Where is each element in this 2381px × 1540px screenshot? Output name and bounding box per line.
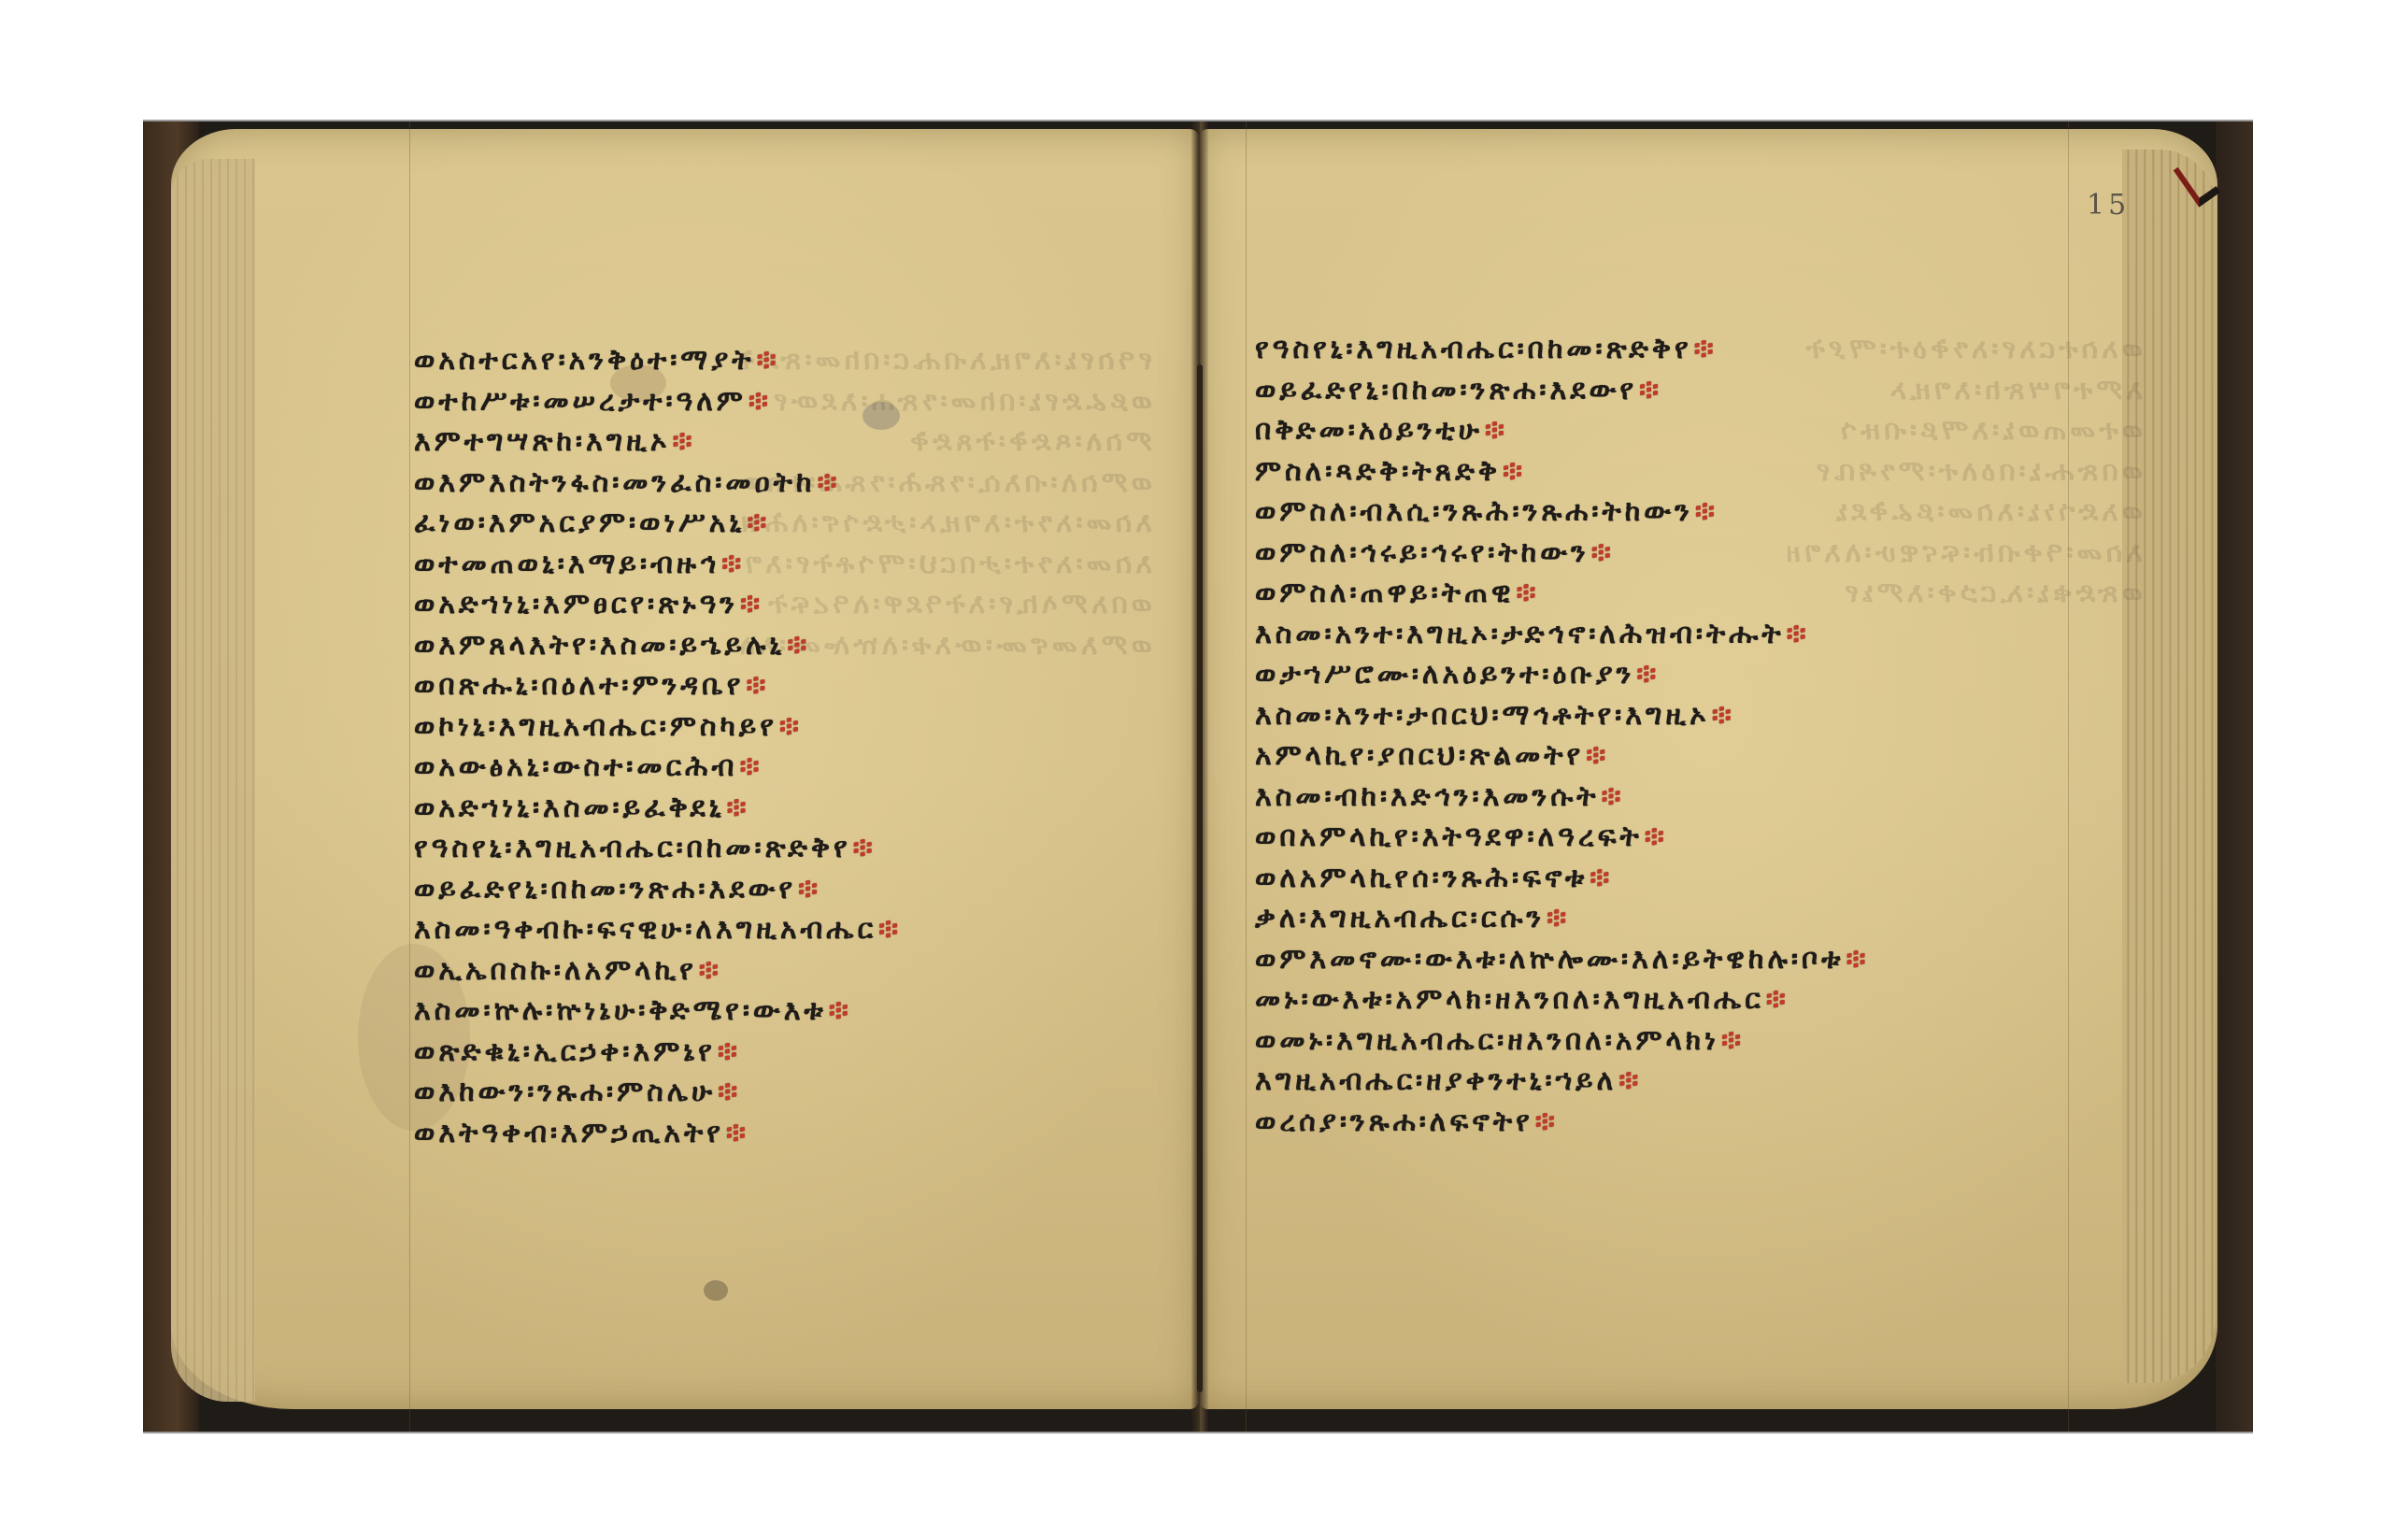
manuscript-line: ወይፈድየኒ፡በከመ፡ንጽሐ፡እደውየ፨ — [1255, 370, 1866, 411]
line-text: ወታኀሥሮሙ፡ለአዕይንተ፡ዕቡያን — [1255, 658, 1634, 691]
manuscript-line: እስመ፡ዓቀብኩ፡ፍናዊሁ፡ለእግዚአብሔር፨ — [414, 909, 898, 950]
rubric-line-end-mark-icon: ፨ — [1645, 820, 1664, 853]
manuscript-line: ወአስተርአየ፡አንቅዕተ፡ማያት፨ — [414, 340, 898, 381]
line-text: ወአውፅአኒ፡ውስተ፡መርሕብ — [414, 750, 737, 783]
line-text: እስመ፡ብከ፡እድኅን፡እመንሱት — [1255, 780, 1600, 813]
manuscript-line: ወመኑ፡እግዚአብሔር፡ዘእንበለ፡አምላክነ፨ — [1255, 1020, 1866, 1062]
manuscript-line: ወእምጸላእትየ፡እስመ፡ይኄይሉኒ፨ — [414, 625, 898, 666]
manuscript-line: ወአድኀነኒ፡እስመ፡ይፈቅደኒ፨ — [414, 788, 898, 829]
rubric-line-end-mark-icon: ፨ — [779, 710, 799, 743]
manuscript-line: ወበጽሑኒ፡በዕለተ፡ምንዳቤየ፨ — [414, 665, 898, 706]
line-text: የዓስየኒ፡እግዚአብሔር፡በከመ፡ጽድቅየ — [1255, 333, 1692, 365]
manuscript-line: ወኮነኒ፡እግዚአብሔር፡ምስካይየ፨ — [414, 706, 898, 748]
line-text: ወበአምላኪየ፡እትዓደዋ፡ለዓረፍት — [1255, 820, 1643, 853]
line-text: እስመ፡አንተ፡እግዚኦ፡ታድኅኖ፡ለሕዝብ፡ትሑት — [1255, 618, 1785, 650]
line-text: ወተከሥቱ፡መሠረታተ፡ዓለም — [414, 385, 747, 418]
left-page-edges — [171, 159, 255, 1402]
rubric-line-end-mark-icon: ፨ — [1547, 902, 1566, 934]
rubric-line-end-mark-icon: ፨ — [798, 873, 818, 905]
rubric-line-end-mark-icon: ፨ — [1535, 1105, 1555, 1138]
line-text: የዓስየኒ፡እግዚአብሔር፡በከመ፡ጽድቅየ — [414, 832, 851, 864]
rubric-line-end-mark-icon: ፨ — [1586, 739, 1605, 772]
manuscript-line: ወተመጠወኒ፡እማይ፡ብዙኅ፨ — [414, 544, 898, 585]
rubric-line-end-mark-icon: ፨ — [1639, 374, 1659, 406]
rubric-line-end-mark-icon: ፨ — [1618, 1064, 1638, 1097]
line-text: ወአስተርአየ፡አንቅዕተ፡ማያት — [414, 344, 755, 377]
rubric-line-end-mark-icon: ፨ — [1517, 577, 1536, 609]
rubric-line-end-mark-icon: ፨ — [727, 791, 747, 824]
manuscript-line: ወእምእስትንፋስ፡መንፈስ፡መዐትከ፨ — [414, 463, 898, 504]
manuscript-line: እስመ፡አንተ፡ታበርህ፡ማኅቶትየ፡እግዚኦ፨ — [1255, 695, 1866, 736]
line-text: ወበጽሑኒ፡በዕለተ፡ምንዳቤየ — [414, 669, 744, 702]
left-page-text: ወአስተርአየ፡አንቅዕተ፡ማያት፨ወተከሥቱ፡መሠረታተ፡ዓለም፨እምተግሣጽ… — [414, 340, 898, 1153]
line-text: ወአድኀነኒ፡እስመ፡ይፈቅደኒ — [414, 791, 725, 824]
line-text: ወአድኀነኒ፡እምፀርየ፡ጽኑዓን — [414, 588, 738, 620]
rubric-line-end-mark-icon: ፨ — [853, 832, 873, 864]
line-text: ወለአምላኪየሰ፡ንጹሕ፡ፍኖቱ — [1255, 862, 1588, 894]
line-text: ወእትዓቀብ፡እምኃጢአትየ — [414, 1117, 724, 1149]
manuscript-line: በቅድመ፡አዕይንቲሁ፨ — [1255, 410, 1866, 451]
line-text: መኑ፡ውእቱ፡አምላክ፡ዘእንበለ፡እግዚአብሔር — [1255, 983, 1764, 1016]
manuscript-line: ምስለ፡ጻድቅ፡ትጸድቅ፨ — [1255, 451, 1866, 492]
line-text: እምተግሣጽከ፡እግዚኦ — [414, 425, 671, 458]
line-text: ወእከውን፡ንጹሐ፡ምስሌሁ — [414, 1076, 716, 1108]
rubric-line-end-mark-icon: ፨ — [757, 344, 777, 377]
rubric-line-end-mark-icon: ፨ — [787, 629, 806, 662]
rubric-line-end-mark-icon: ፨ — [829, 994, 848, 1027]
manuscript-line: ወምስለ፡ጠዋይ፡ትጠዊ፨ — [1255, 573, 1866, 614]
rubric-line-end-mark-icon: ፨ — [1485, 414, 1504, 447]
line-text: ወእምእስትንፋስ፡መንፈስ፡መዐትከ — [414, 466, 816, 499]
manuscript-line: ወታኀሥሮሙ፡ለአዕይንተ፡ዕቡያን፨ — [1255, 654, 1866, 695]
line-text: ወይፈድየኒ፡በከመ፡ንጽሐ፡እደውየ — [1255, 374, 1637, 406]
rubric-line-end-mark-icon: ፨ — [740, 588, 760, 620]
manuscript-line: ወአድኀነኒ፡እምፀርየ፡ጽኑዓን፨ — [414, 584, 898, 625]
line-text: ምስለ፡ጻድቅ፡ትጸድቅ — [1255, 455, 1501, 488]
line-text: አምላኪየ፡ያበርህ፡ጽልመትየ — [1255, 739, 1584, 772]
manuscript-line: ወበአምላኪየ፡እትዓደዋ፡ለዓረፍት፨ — [1255, 817, 1866, 858]
manuscript-line: እግዚአብሔር፡ዘያቀንተኒ፡ኀይለ፨ — [1255, 1061, 1866, 1102]
line-text: ወጽድቁኒ፡ኢርኃቀ፡እምኔየ — [414, 1035, 716, 1068]
rubric-line-end-mark-icon: ፨ — [1787, 618, 1806, 650]
ruling-line-left — [409, 121, 410, 1432]
manuscript-line: ወምእመኖሙ፡ውእቱ፡ለኵሎሙ፡እለ፡ይትዌከሉ፡ቦቱ፨ — [1255, 939, 1866, 980]
rubric-line-end-mark-icon: ፨ — [746, 669, 765, 702]
manuscript-line: ወእከውን፡ንጹሐ፡ምስሌሁ፨ — [414, 1072, 898, 1113]
rubric-line-end-mark-icon: ፨ — [1591, 536, 1611, 569]
folio-number: 15 — [2087, 189, 2130, 221]
line-text: ወመኑ፡እግዚአብሔር፡ዘእንበለ፡አምላክነ — [1255, 1024, 1719, 1057]
rubric-line-end-mark-icon: ፨ — [1636, 658, 1656, 691]
rubric-line-end-mark-icon: ፨ — [1503, 455, 1522, 488]
manuscript-line: ወረሰያ፡ንጹሐ፡ለፍኖትየ፨ — [1255, 1102, 1866, 1143]
rubric-line-end-mark-icon: ፨ — [673, 425, 692, 458]
line-text: በቅድመ፡አዕይንቲሁ — [1255, 414, 1483, 447]
rubric-line-end-mark-icon: ፨ — [747, 506, 766, 539]
rubric-line-end-mark-icon: ፨ — [749, 385, 768, 418]
manuscript-line: ቃለ፡እግዚአብሔር፡ርሱን፨ — [1255, 898, 1866, 939]
rubric-line-end-mark-icon: ፨ — [739, 750, 759, 783]
rubric-line-end-mark-icon: ፨ — [818, 466, 837, 499]
ruling-line-right — [1246, 121, 1247, 1432]
line-text: ወምስለ፡ጠዋይ፡ትጠዊ — [1255, 577, 1515, 609]
manuscript-line: እስመ፡አንተ፡እግዚኦ፡ታድኅኖ፡ለሕዝብ፡ትሑት፨ — [1255, 614, 1866, 655]
manuscript-line: ወምስለ፡ኅሩይ፡ኅሩየ፡ትከውን፨ — [1255, 533, 1866, 574]
rubric-line-end-mark-icon: ፨ — [718, 1035, 737, 1068]
line-text: እስመ፡አንተ፡ታበርህ፡ማኅቶትየ፡እግዚኦ — [1255, 699, 1710, 732]
line-text: እግዚአብሔር፡ዘያቀንተኒ፡ኀይለ — [1255, 1064, 1617, 1097]
line-text: ወይፈድየኒ፡በከመ፡ንጽሐ፡እደውየ — [414, 873, 796, 905]
line-text: ወምስለ፡ብእሲ፡ንጹሕ፡ንጹሐ፡ትከውን — [1255, 495, 1693, 528]
line-text: ወኢኤበስኩ፡ለአምላኪየ — [414, 954, 697, 987]
manuscript-line: እስመ፡ኵሉ፡ኵነኔሁ፡ቅድሜየ፡ውእቱ፨ — [414, 991, 898, 1032]
rubric-line-end-mark-icon: ፨ — [1602, 780, 1621, 813]
manuscript-line: ወጽድቁኒ፡ኢርኃቀ፡እምኔየ፨ — [414, 1032, 898, 1073]
line-text: ወምስለ፡ኅሩይ፡ኅሩየ፡ትከውን — [1255, 536, 1590, 569]
rubric-line-end-mark-icon: ፨ — [1766, 983, 1786, 1016]
rubric-line-end-mark-icon: ፨ — [878, 913, 898, 946]
rubric-line-end-mark-icon: ፨ — [699, 954, 719, 987]
leather-cover-right — [2216, 121, 2253, 1432]
manuscript-line: የዓስየኒ፡እግዚአብሔር፡በከመ፡ጽድቅየ፨ — [414, 828, 898, 869]
manuscript-line: ወይፈድየኒ፡በከመ፡ንጽሐ፡እደውየ፨ — [414, 869, 898, 910]
rubric-line-end-mark-icon: ፨ — [726, 1117, 746, 1149]
binding-stitch — [1197, 364, 1203, 1392]
rubric-line-end-mark-icon: ፨ — [1694, 333, 1714, 365]
rubric-line-end-mark-icon: ፨ — [718, 1076, 737, 1108]
rubric-line-end-mark-icon: ፨ — [1695, 495, 1715, 528]
rubric-line-end-mark-icon: ፨ — [1590, 862, 1609, 894]
line-text: ወእምጸላእትየ፡እስመ፡ይኄይሉኒ — [414, 629, 785, 662]
line-text: ወምእመኖሙ፡ውእቱ፡ለኵሎሙ፡እለ፡ይትዌከሉ፡ቦቱ — [1255, 943, 1844, 976]
rubric-line-end-mark-icon: ፨ — [721, 548, 741, 580]
line-text: ቃለ፡እግዚአብሔር፡ርሱን — [1255, 902, 1545, 934]
manuscript-line: ወተከሥቱ፡መሠረታተ፡ዓለም፨ — [414, 381, 898, 422]
manuscript-line: ወለአምላኪየሰ፡ንጹሕ፡ፍኖቱ፨ — [1255, 858, 1866, 899]
stain — [704, 1280, 728, 1301]
manuscript-line: አምላኪየ፡ያበርህ፡ጽልመትየ፨ — [1255, 735, 1866, 777]
line-text: እስመ፡ዓቀብኩ፡ፍናዊሁ፡ለእግዚአብሔር — [414, 913, 877, 946]
manuscript-line: ወኢኤበስኩ፡ለአምላኪየ፨ — [414, 950, 898, 991]
rubric-line-end-mark-icon: ፨ — [1846, 943, 1865, 976]
manuscript-line: ፈነወ፡እምአርያም፡ወነሥአኒ፨ — [414, 503, 898, 544]
line-text: ወኮነኒ፡እግዚአብሔር፡ምስካይየ — [414, 710, 777, 743]
rubric-line-end-mark-icon: ፨ — [1721, 1024, 1741, 1057]
manuscript-line: የዓስየኒ፡እግዚአብሔር፡በከመ፡ጽድቅየ፨ — [1255, 329, 1866, 370]
manuscript-line: እስመ፡ብከ፡እድኅን፡እመንሱት፨ — [1255, 777, 1866, 818]
manuscript-line: ወምስለ፡ብእሲ፡ንጹሕ፡ንጹሐ፡ትከውን፨ — [1255, 492, 1866, 533]
right-page-text: የዓስየኒ፡እግዚአብሔር፡በከመ፡ጽድቅየ፨ወይፈድየኒ፡በከመ፡ንጽሐ፡እደ… — [1255, 329, 1866, 1142]
line-text: ወረሰያ፡ንጹሐ፡ለፍኖትየ — [1255, 1105, 1533, 1138]
manuscript-line: መኑ፡ውእቱ፡አምላክ፡ዘእንበለ፡እግዚአብሔር፨ — [1255, 979, 1866, 1020]
manuscript-scan: 15 የዓስየኒ፡እግዚአብሔር፡በከመ፡ጽድቅየ ወይፈድየኒ፡በከመ፡ንጽሐ… — [143, 120, 2253, 1433]
line-text: ወተመጠወኒ፡እማይ፡ብዙኅ — [414, 548, 720, 580]
manuscript-line: ወአውፅአኒ፡ውስተ፡መርሕብ፨ — [414, 747, 898, 788]
line-text: እስመ፡ኵሉ፡ኵነኔሁ፡ቅድሜየ፡ውእቱ — [414, 994, 827, 1027]
manuscript-line: ወእትዓቀብ፡እምኃጢአትየ፨ — [414, 1113, 898, 1154]
rubric-line-end-mark-icon: ፨ — [1712, 699, 1732, 732]
manuscript-line: እምተግሣጽከ፡እግዚኦ፨ — [414, 421, 898, 463]
line-text: ፈነወ፡እምአርያም፡ወነሥአኒ — [414, 506, 745, 539]
